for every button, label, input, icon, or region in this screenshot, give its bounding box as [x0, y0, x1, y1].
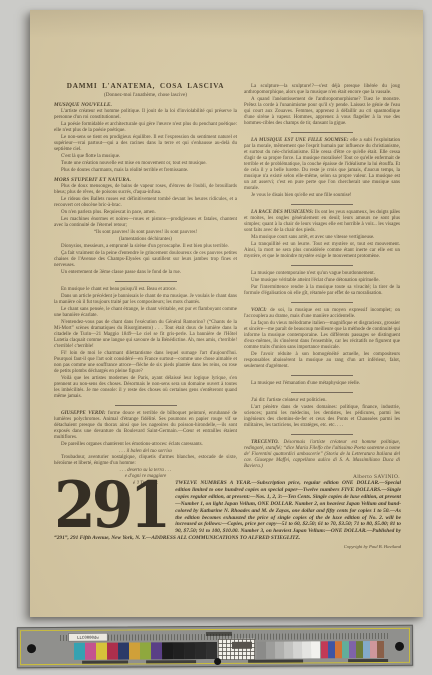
section-mors-stupebit-cont: Dionysios, messieurs, a emprunté la sirè… [54, 244, 237, 276]
paragraph: Dionysios, messieurs, a emprunté la sirè… [54, 244, 237, 250]
color-patch [293, 641, 302, 658]
color-patch [129, 642, 140, 659]
paragraph: A quand l'anéantissement de l'anthropomo… [244, 97, 400, 127]
punch-hole-left [27, 644, 36, 653]
paragraph: La poésie formidable et architecturale q… [54, 122, 237, 134]
trecento-heading: TRECENTO. [251, 440, 279, 445]
resolution-target-dark-block [232, 642, 252, 649]
bar-inscription [206, 632, 232, 636]
color-patch [195, 642, 206, 659]
paragraph: En musique le chant est beau puisqu'il e… [54, 287, 237, 293]
color-patch [275, 642, 284, 659]
color-patch [96, 643, 107, 660]
registration-mark [348, 659, 388, 662]
paragraph: L'artiste créateur est homme politique. … [54, 109, 237, 121]
paragraph: Je vous le disais bien qu'elle est une f… [244, 193, 400, 199]
right-color-patches [321, 641, 384, 658]
right-column: La sculpture—la sculpture!?—s'est déjà p… [244, 82, 400, 487]
paragraph: Toute une création nouvelle est mise en … [54, 161, 237, 167]
registration-mark [146, 660, 196, 663]
section-divider [291, 375, 353, 376]
section-divider [291, 392, 353, 393]
paragraph: Les machines énormes et noires—roues et … [54, 217, 237, 229]
punch-hole-right [395, 642, 404, 651]
paragraph: De pareilles organes chantèrent les émot… [54, 442, 237, 448]
color-patch [173, 642, 184, 659]
registration-mark [82, 661, 128, 664]
paragraph-fille-soumise: LA MUSIQUE EST UNE FILLE SOUMISE: elle a… [244, 138, 400, 192]
punch-hole-center [214, 658, 221, 665]
color-patch [284, 642, 293, 659]
color-patch [206, 642, 217, 659]
page-subtitle: (Donnez-moi l'anathème, chose lascive) [54, 92, 237, 98]
paragraph: Le non-sens se tient en prodigieux équil… [54, 135, 237, 153]
paragraph: Par l'intermittence rendre à la musique … [244, 285, 400, 297]
paragraph: La musique contemporaine n'est qu'un vag… [244, 271, 400, 277]
voici-heading: VOICI: [251, 308, 267, 313]
section-divider [291, 302, 353, 303]
color-patch [151, 642, 162, 659]
paragraph: Troubadour, aventurier nostalgique, cliq… [54, 455, 237, 467]
section-mors-stupebit: Plus de doux mensonges, de bains de vape… [54, 184, 237, 229]
color-patch [311, 641, 320, 658]
paragraph: Le chant sans pensée, le chant étrange, … [54, 307, 237, 319]
fille-soumise-heading: LA MUSIQUE EST UNE FILLE SOUMISE: [251, 138, 349, 143]
paragraph: Fi! loin de moi le charmant dilettantism… [54, 351, 237, 375]
section-heading-musique-nouvelle: MUSIQUE NOUVELLE. [54, 102, 237, 108]
color-calibration-bar: LLC0000dw [17, 625, 413, 668]
paragraph: J'ai dit: l'artiste créateur est politic… [244, 398, 400, 404]
article-body: DAMMI L'ANATEMA, COSA LASCIVA (Donnez-mo… [54, 82, 400, 487]
section-chant: En musique le chant est beau puisqu'il e… [54, 287, 237, 350]
section-bourdonnement: La musique contemporaine n'est qu'un vag… [244, 271, 400, 297]
paragraph: La sculpture—la sculpture!?—s'est déjà p… [244, 84, 400, 96]
left-color-patches [74, 642, 217, 660]
color-patch [257, 642, 266, 659]
scanned-page: DAMMI L'ANATEMA, COSA LASCIVA (Donnez-mo… [30, 10, 423, 617]
paragraph: N'entendez-vous pas de chant dans l'exéc… [54, 320, 237, 350]
paragraph: Une musique véritable atteint l'éclat d'… [244, 278, 400, 284]
logo-291: 291 [54, 478, 167, 533]
color-patch [302, 641, 311, 658]
color-patch [162, 642, 173, 659]
section-sculpture: La sculpture—la sculpture!?—s'est déjà p… [244, 84, 400, 127]
exclamation-note: (lamentations déchirantes) [54, 237, 237, 243]
paragraph: La tranquillité est un leurre. Tout est … [244, 242, 400, 260]
section-divider [291, 204, 353, 205]
resolution-target [218, 639, 255, 660]
section-divider [115, 281, 177, 282]
paragraph: C'est là que flotte la musique. [54, 154, 237, 160]
paragraph-race-musiciens: LA RACE DES MUSICIENS: Ils ont les yeux … [244, 210, 400, 234]
section-dilettantisme: Fi! loin de moi le charmant dilettantism… [54, 351, 237, 400]
paragraph: Plus de doutes charmants, mais la réalit… [54, 168, 237, 174]
paragraph-verdi: GIUSEPPE VERDI: forme douce et terrible … [54, 411, 237, 441]
copyright-line: Copyright by Paul B. Haviland [54, 544, 401, 549]
paragraph: Le rideau des Ballets russes est définit… [54, 197, 237, 209]
color-patch [107, 643, 118, 660]
section-divider [291, 434, 353, 435]
paragraph: La musique est l'émanation d'une métaphy… [244, 381, 400, 387]
paragraph: Ma musique court sans arrêt, et avec une… [244, 235, 400, 241]
color-patch [140, 642, 151, 659]
section-heading-mors-stupebit: MORS STUPEBIT ET NATURA. [54, 177, 237, 183]
color-patch [184, 642, 195, 659]
masthead: 291 TWELVE NUMBERS A YEAR.—Subscription … [54, 480, 401, 549]
paragraph-trecento: TRECENTO. Désormais l'artiste créateur e… [244, 440, 400, 470]
paragraph: L'art pénètre dans de vastes domaines: p… [244, 405, 400, 429]
paragraph-voici: VOICI: de soi, la musique est un moyen e… [244, 308, 400, 320]
verdi-heading: GIUSEPPE VERDI: [61, 411, 106, 416]
section-divider [291, 265, 353, 266]
registration-mark [248, 659, 303, 662]
section-divider [115, 405, 177, 406]
paragraph: La façon du vieux mélodrame italien—magn… [244, 321, 400, 351]
paragraph: De l'avoir réduite à son homogénéité act… [244, 352, 400, 370]
grayscale-ramp [257, 641, 320, 658]
calibration-label: LLC0000dw [68, 633, 108, 642]
section-divider [291, 132, 353, 133]
paragraph: On n'en parlera plus. Requiescat in pace… [54, 210, 237, 216]
paragraph: Ça fait vraiment de la peine d'entendre … [54, 251, 237, 269]
color-patch [377, 641, 384, 658]
fille-soumise-text: elle a subi l'exploitation par la morale… [244, 138, 400, 191]
color-patch [74, 643, 85, 660]
color-patch [85, 643, 96, 660]
left-column: DAMMI L'ANATEMA, COSA LASCIVA (Donnez-mo… [54, 82, 237, 487]
paragraph: Voilà que les artistes modernes de Paris… [54, 376, 237, 400]
paragraph: Dans un article précédent je bannissais … [54, 294, 237, 306]
voici-text: de soi, la musique est un moyen expressi… [244, 308, 400, 319]
race-musiciens-heading: LA RACE DES MUSICIENS: [251, 210, 313, 215]
page-title: DAMMI L'ANATEMA, COSA LASCIVA [54, 82, 237, 90]
exclamation-line: “Ils sont pauvres! ils sont pauvres! ils… [54, 230, 237, 236]
paragraph: Plus de doux mensonges, de bains de vape… [54, 184, 237, 196]
section-musique-nouvelle: L'artiste créateur est homme politique. … [54, 109, 237, 174]
color-patch [266, 642, 275, 659]
color-patch [118, 643, 129, 660]
paragraph: Un enterrement de 3ème classe passe dans… [54, 270, 237, 276]
